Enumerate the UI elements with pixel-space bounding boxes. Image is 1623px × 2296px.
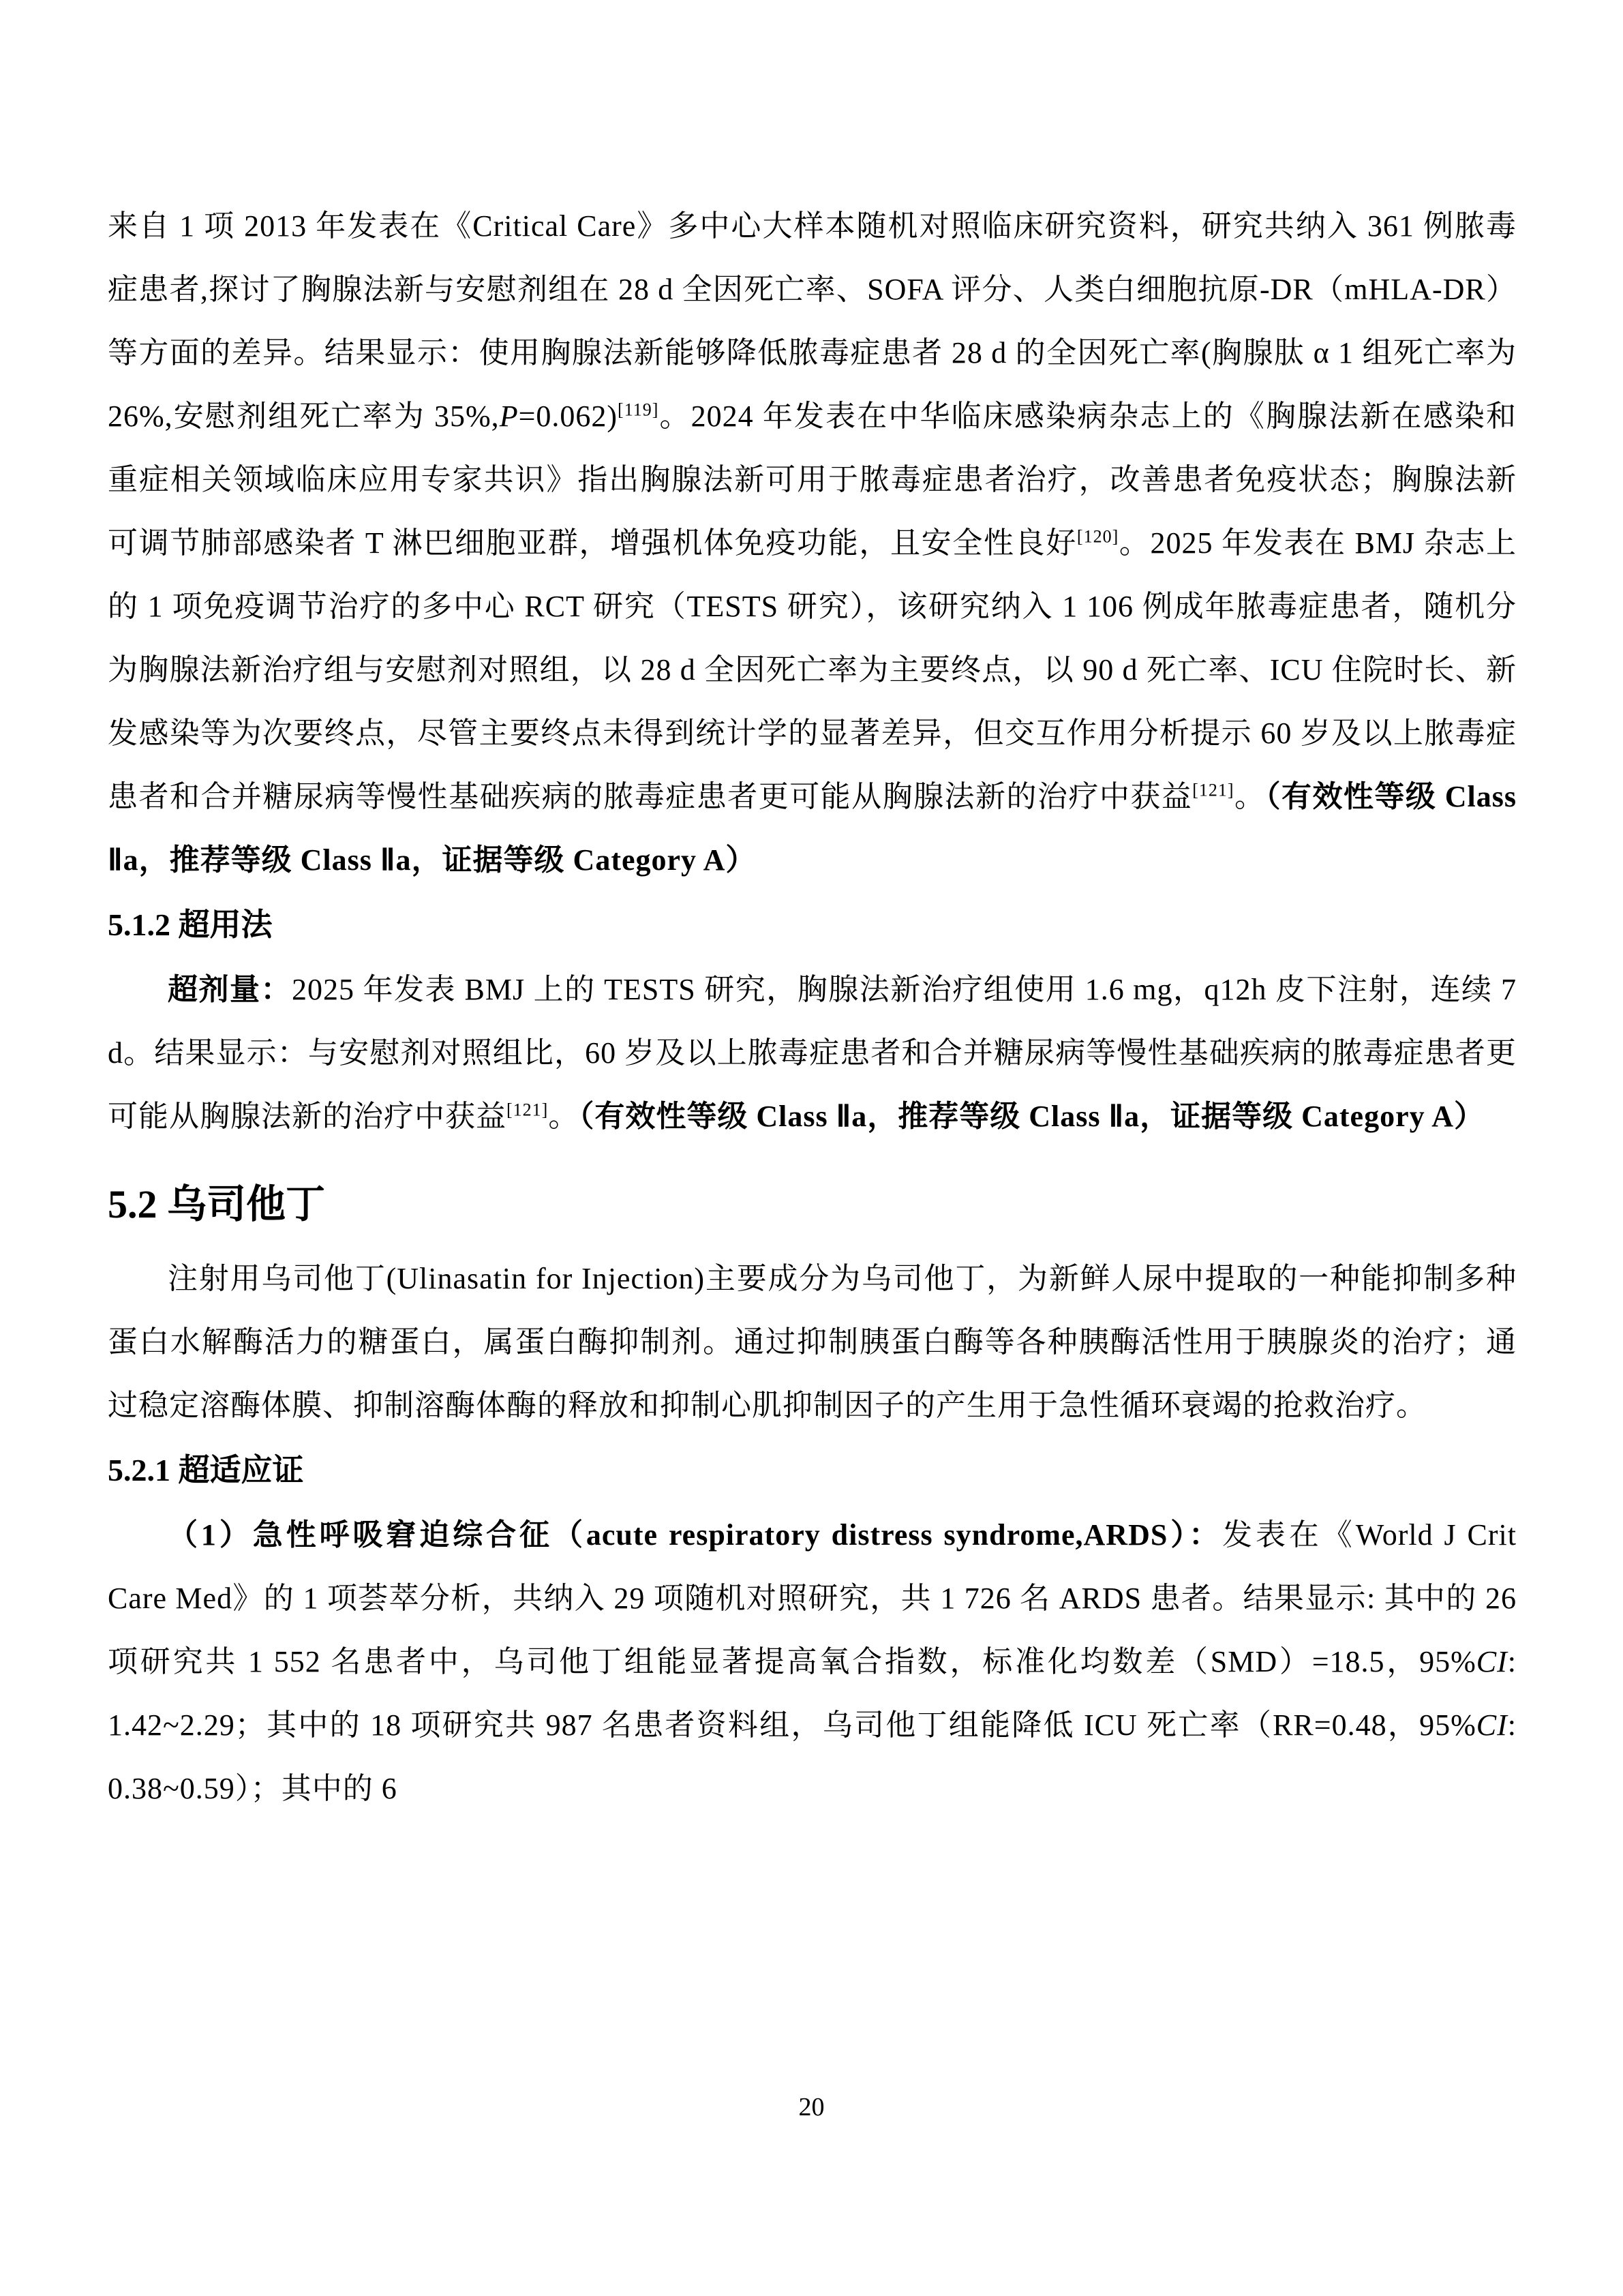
text-run: （1）急性呼吸窘迫综合征（acute respiratory distress … bbox=[168, 1518, 1222, 1552]
text-run: 。2025 年发表在 BMJ 杂志上的 1 项免疫调节治疗的多中心 RCT 研究… bbox=[108, 526, 1517, 813]
heading-5-1-2-overdose-usage: 5.1.2 超用法 bbox=[108, 892, 1517, 958]
text-run: 。 bbox=[548, 1100, 579, 1133]
heading-5-2-ulinastatin: 5.2 乌司他丁 bbox=[108, 1162, 1517, 1247]
page-content: 来自 1 项 2013 年发表在《Critical Care》多中心大样本随机对… bbox=[108, 194, 1517, 1820]
paragraph-ulinastatin-intro: 注射用乌司他丁(Ulinasatin for Injection)主要成分为乌司… bbox=[108, 1247, 1517, 1437]
text-run: 。 bbox=[1234, 780, 1266, 813]
text-run: P bbox=[500, 399, 519, 433]
paragraph-overdose: 超剂量：2025 年发表 BMJ 上的 TESTS 研究，胸腺法新治疗组使用 1… bbox=[108, 958, 1517, 1148]
text-run: =0.062) bbox=[519, 399, 618, 433]
text-run: [121] bbox=[1192, 780, 1234, 800]
paragraph-thymalfasin-evidence: 来自 1 项 2013 年发表在《Critical Care》多中心大样本随机对… bbox=[108, 194, 1517, 892]
text-run: CI bbox=[1476, 1708, 1508, 1742]
text-run: CI bbox=[1476, 1645, 1508, 1678]
heading-5-2-1-off-label-indications: 5.2.1 超适应证 bbox=[108, 1437, 1517, 1503]
text-run: （有效性等级 Class Ⅱa，推荐等级 Class Ⅱa，证据等级 Categ… bbox=[579, 1100, 1485, 1133]
text-run: 超剂量： bbox=[168, 973, 292, 1006]
text-run: [121] bbox=[506, 1100, 548, 1119]
text-run: 注射用乌司他丁(Ulinasatin for Injection)主要成分为乌司… bbox=[108, 1262, 1517, 1422]
page-number: 20 bbox=[0, 2091, 1623, 2123]
text-run: [119] bbox=[618, 399, 658, 419]
document-page: 来自 1 项 2013 年发表在《Critical Care》多中心大样本随机对… bbox=[0, 0, 1623, 2296]
paragraph-ards-meta-analysis: （1）急性呼吸窘迫综合征（acute respiratory distress … bbox=[108, 1503, 1517, 1820]
text-run: [120] bbox=[1077, 526, 1119, 546]
